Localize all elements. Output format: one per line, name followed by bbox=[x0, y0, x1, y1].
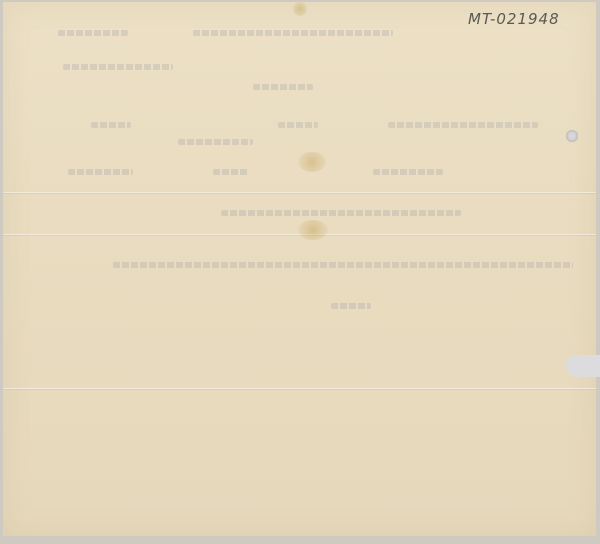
punch-hole bbox=[566, 130, 578, 142]
fold-line bbox=[3, 388, 596, 389]
faded-text-line bbox=[68, 169, 133, 175]
faded-text-line bbox=[58, 30, 128, 36]
document-page: MT-021948 bbox=[3, 2, 596, 536]
faded-text-line bbox=[388, 122, 538, 128]
catalog-number: MT-021948 bbox=[468, 10, 560, 28]
stain bbox=[298, 220, 328, 240]
faded-text-line bbox=[221, 210, 461, 216]
faded-text-line bbox=[278, 122, 318, 128]
stain bbox=[293, 2, 307, 16]
fold-line bbox=[3, 192, 596, 193]
torn-edge bbox=[566, 355, 600, 377]
stain bbox=[298, 152, 326, 172]
faded-text-line bbox=[63, 64, 173, 70]
faded-text-line bbox=[373, 169, 443, 175]
faded-text-line bbox=[193, 30, 393, 36]
faded-text-line bbox=[253, 84, 313, 90]
faded-text-line bbox=[331, 303, 371, 309]
faded-text-line bbox=[91, 122, 131, 128]
faded-text-line bbox=[213, 169, 248, 175]
faded-text-line bbox=[178, 139, 253, 145]
faded-text-line bbox=[113, 262, 573, 268]
